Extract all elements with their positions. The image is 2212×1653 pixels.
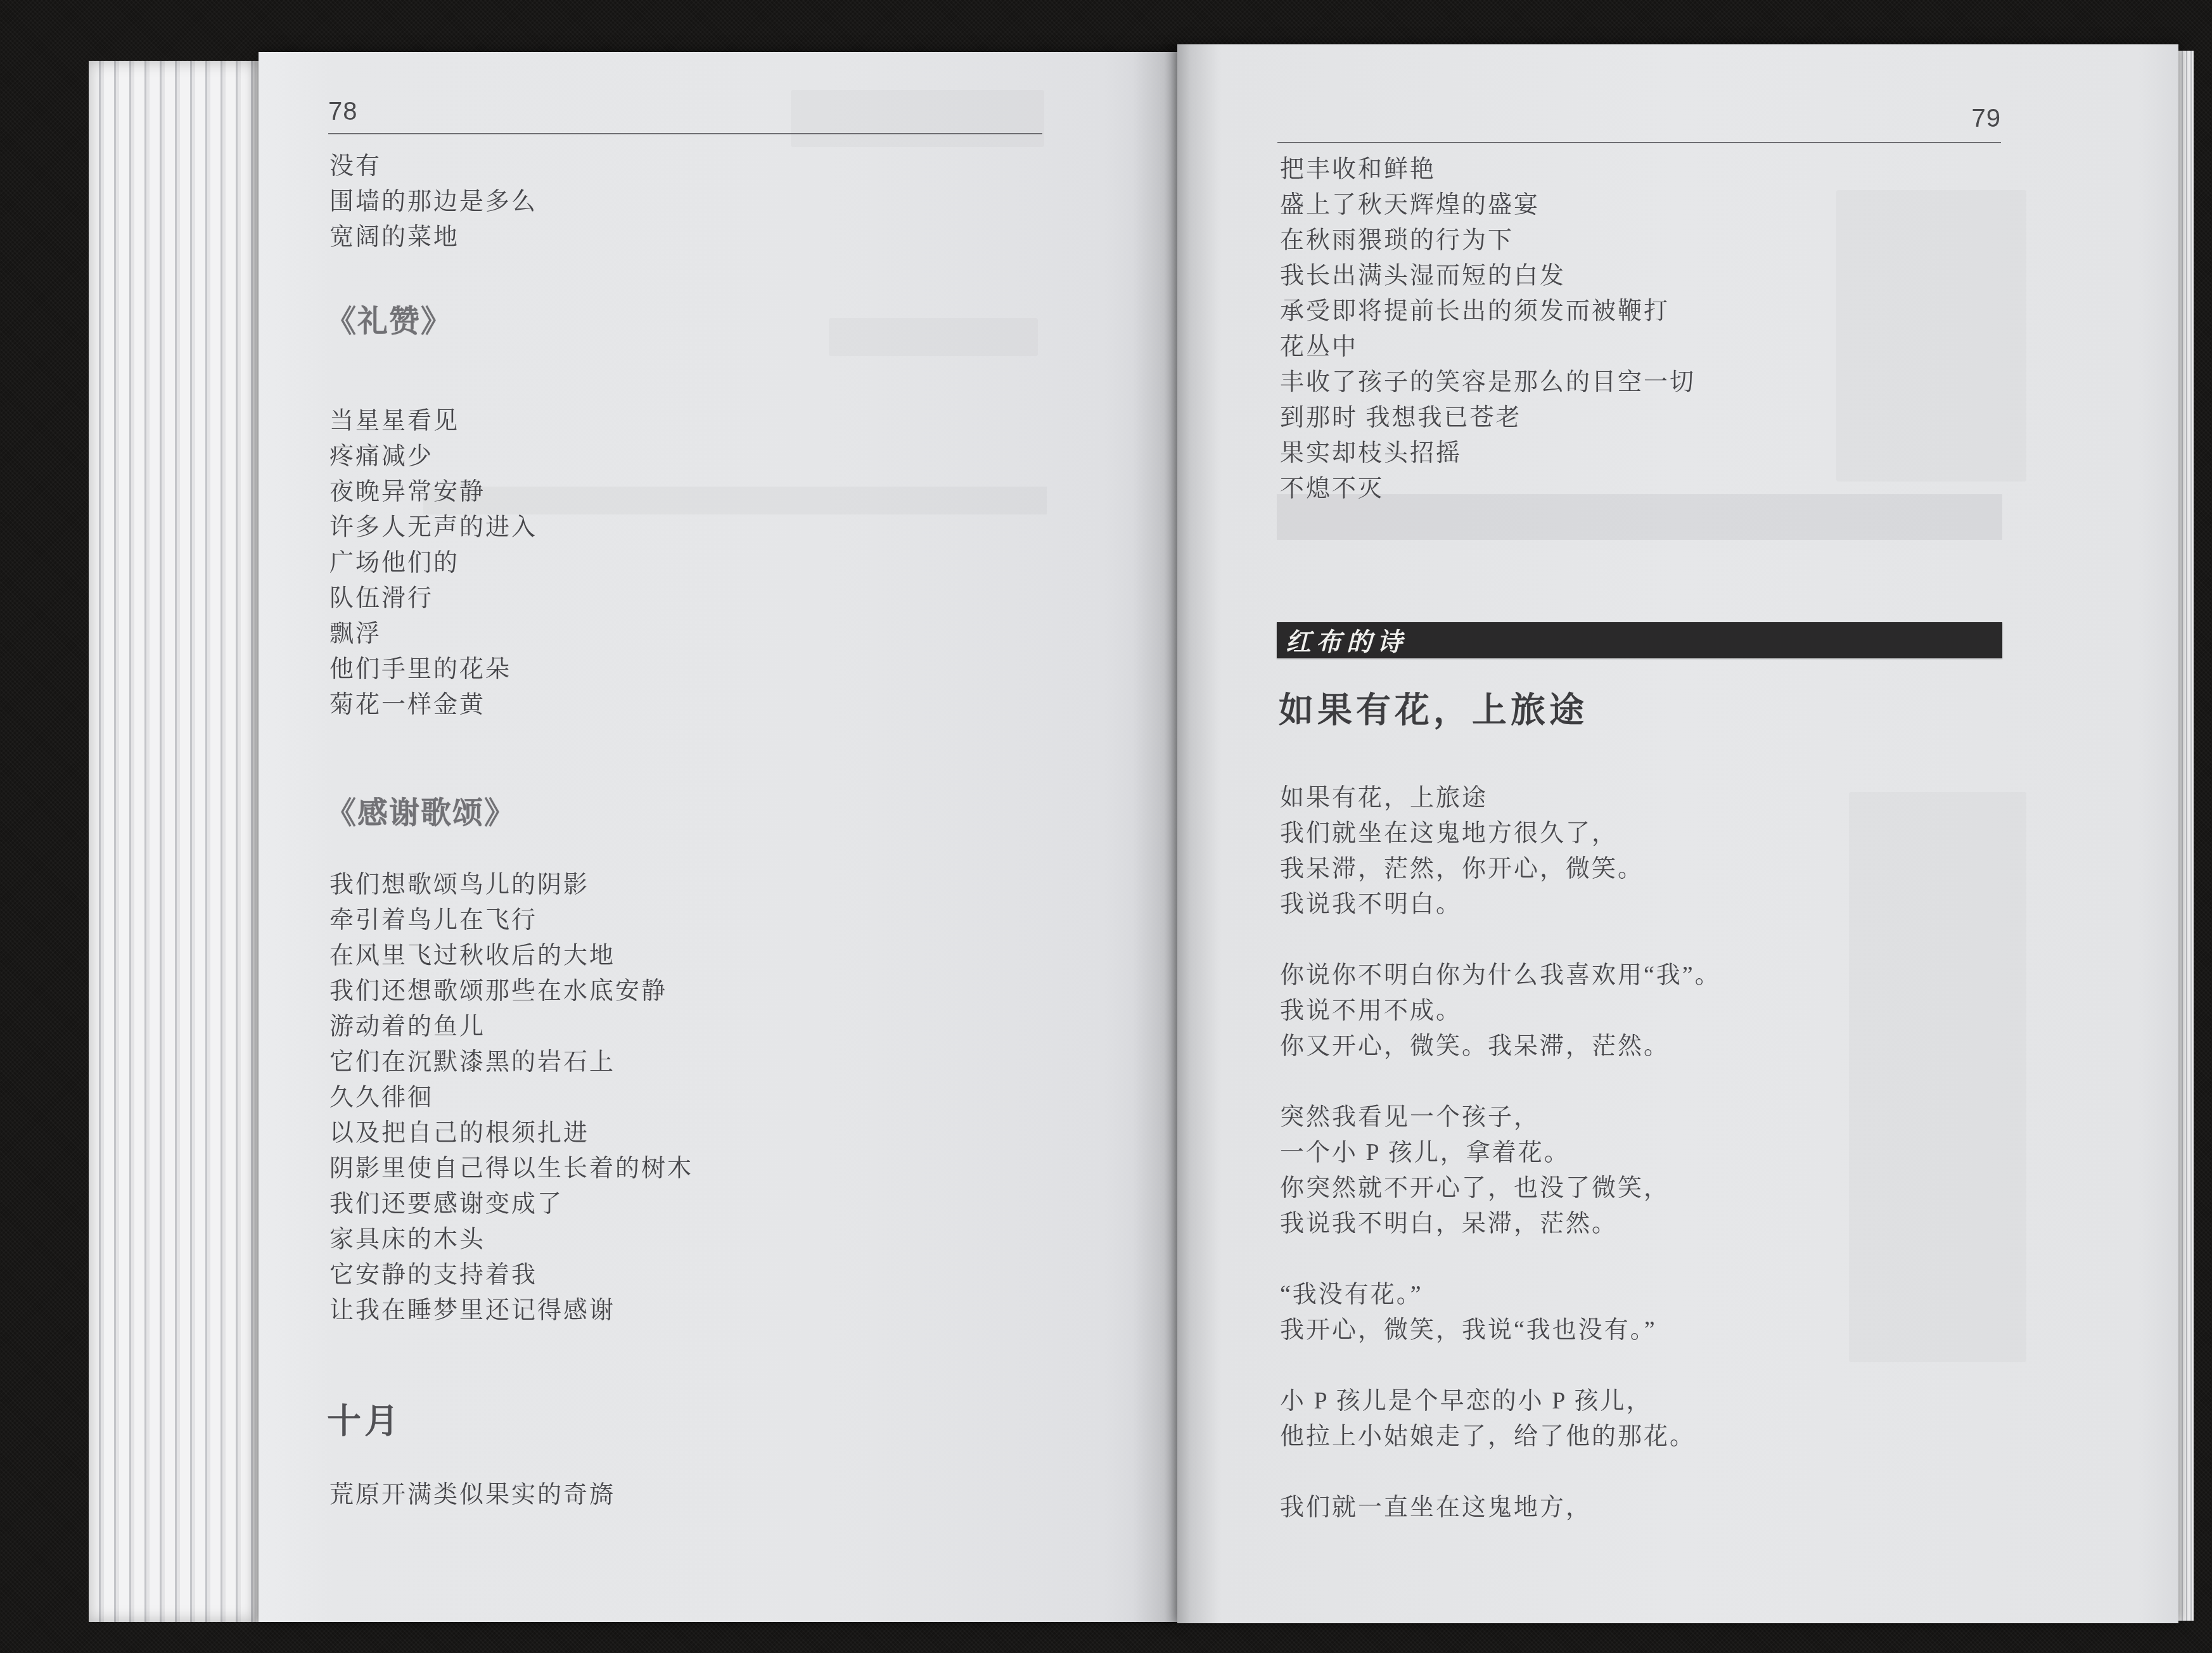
poem-line: 夜晚异常安静: [329, 474, 537, 509]
page-number-right: 79: [1906, 105, 2001, 133]
poem-line: 荒原开满类似果实的奇旖: [329, 1477, 615, 1512]
poem-line: 你说你不明白你为什么我喜欢用“我”。: [1280, 957, 1721, 993]
section-banner-label: 红布的诗: [1277, 622, 1407, 658]
poem-top-right-page: 把丰收和鲜艳盛上了秋天辉煌的盛宴在秋雨猥琐的行为下我长出满头湿而短的白发承受即将…: [1280, 151, 1696, 506]
poem-line: 突然我看见一个孩子，: [1280, 1099, 1721, 1135]
poem-untitled-continuation: 没有围墙的那边是多么宽阔的菜地: [329, 148, 537, 255]
poem-line: 我们还要感谢变成了: [329, 1186, 693, 1222]
poem-line: 游动着的鱼儿: [329, 1009, 693, 1044]
poem-line: 当星星看见: [329, 403, 537, 438]
poem-shiyue: 荒原开满类似果实的奇旖: [329, 1477, 615, 1512]
poem-line: 我们就坐在这鬼地方很久了，: [1280, 815, 1721, 851]
poem-line: 许多人无声的进入: [329, 509, 537, 545]
header-rule-left: [328, 133, 1042, 134]
poem-line: 队伍滑行: [329, 580, 537, 616]
poem-line: 你突然就不开心了，也没了微笑，: [1280, 1170, 1721, 1206]
poem-line: 承受即将提前长出的须发而被鞭打: [1280, 293, 1696, 329]
bleedthrough-smudge: [791, 90, 1044, 147]
poem-line: 他拉上小姑娘走了，给了他的那花。: [1280, 1419, 1721, 1454]
page-stack-edges-left: [89, 61, 259, 1622]
poem-title-ganxiegesong: 《感谢歌颂》: [326, 794, 516, 833]
poem-line: 我说我不明白。: [1280, 886, 1721, 922]
poem-stanza: “我没有花。”我开心，微笑，我说“我也没有。”: [1280, 1277, 1721, 1348]
page-stack-edges-right: [2178, 51, 2194, 1621]
poem-line: 果实却枝头招摇: [1280, 435, 1696, 471]
bleedthrough-smudge: [1836, 190, 2026, 482]
poem-line: 不熄不灭: [1280, 471, 1696, 506]
poem-line: 在风里飞过秋收后的大地: [329, 938, 693, 973]
poem-line: 宽阔的菜地: [329, 219, 537, 255]
poem-line: 让我在睡梦里还记得感谢: [329, 1292, 693, 1328]
poem-stanza: 突然我看见一个孩子，一个小 P 孩儿，拿着花。你突然就不开心了，也没了微笑，我说…: [1280, 1099, 1721, 1241]
poem-stanza: 小 P 孩儿是个早恋的小 P 孩儿，他拉上小姑娘走了，给了他的那花。: [1280, 1383, 1721, 1454]
poem-line: 花丛中: [1280, 329, 1696, 364]
poem-line: 我长出满头湿而短的白发: [1280, 258, 1696, 293]
poem-line: “我没有花。”: [1280, 1277, 1721, 1312]
poem-line: 没有: [329, 148, 537, 184]
poem-line: 我开心，微笑，我说“我也没有。”: [1280, 1312, 1721, 1348]
poem-line: 飘浮: [329, 616, 537, 651]
poem-line: 它们在沉默漆黑的岩石上: [329, 1044, 693, 1080]
poem-line: 你又开心，微笑。我呆滞，茫然。: [1280, 1028, 1721, 1064]
header-rule-right: [1277, 142, 2001, 143]
section-banner: 红布的诗: [1277, 622, 2002, 658]
poem-stanza: 如果有花，上旅途我们就坐在这鬼地方很久了，我呆滞，茫然，你开心，微笑。我说我不明…: [1280, 780, 1721, 922]
poem-stanza: 你说你不明白你为什么我喜欢用“我”。我说不用不成。你又开心，微笑。我呆滞，茫然。: [1280, 957, 1721, 1064]
poem-line: 牵引着鸟儿在飞行: [329, 902, 693, 938]
poem-line: 我说不用不成。: [1280, 993, 1721, 1028]
poem-title-lizan: 《礼赞》: [326, 302, 452, 341]
poem-line: 以及把自己的根须扎进: [329, 1115, 693, 1151]
poem-ganxiegesong: 我们想歌颂鸟儿的阴影牵引着鸟儿在飞行在风里飞过秋收后的大地我们还想歌颂那些在水底…: [329, 867, 693, 1328]
poem-line: 把丰收和鲜艳: [1280, 151, 1696, 187]
bleedthrough-smudge: [829, 318, 1038, 356]
scanned-book-photo: { "book": { "left_page": { "page_number"…: [0, 0, 2212, 1653]
poem-line: 围墙的那边是多么: [329, 184, 537, 219]
poem-line: 阴影里使自己得以生长着的树木: [329, 1151, 693, 1186]
poem-title-ruguoyouhua: 如果有花，上旅途: [1279, 687, 1588, 732]
poem-stanza: 我们就一直坐在这鬼地方，: [1280, 1490, 1721, 1525]
poem-line: 家具床的木头: [329, 1222, 693, 1257]
poem-title-shiyue: 十月: [327, 1400, 402, 1444]
bleedthrough-smudge: [1849, 792, 2026, 1362]
poem-line: 疼痛减少: [329, 438, 537, 474]
poem-line: 菊花一样金黄: [329, 687, 537, 722]
poem-line: 久久徘徊: [329, 1080, 693, 1115]
poem-line: 我说我不明白，呆滞，茫然。: [1280, 1206, 1721, 1241]
poem-line: 小 P 孩儿是个早恋的小 P 孩儿，: [1280, 1383, 1721, 1419]
poem-line: 到那时 我想我已苍老: [1280, 400, 1696, 435]
poem-line: 我呆滞，茫然，你开心，微笑。: [1280, 851, 1721, 886]
poem-line: 一个小 P 孩儿，拿着花。: [1280, 1135, 1721, 1170]
page-number-left: 78: [328, 98, 358, 126]
poem-line: 他们手里的花朵: [329, 651, 537, 687]
poem-lizan: 当星星看见疼痛减少夜晚异常安静许多人无声的进入广场他们的队伍滑行飘浮他们手里的花…: [329, 403, 537, 722]
page-right: 79 把丰收和鲜艳盛上了秋天辉煌的盛宴在秋雨猥琐的行为下我长出满头湿而短的白发承…: [1177, 44, 2178, 1623]
poem-ruguoyouhua: 如果有花，上旅途我们就坐在这鬼地方很久了，我呆滞，茫然，你开心，微笑。我说我不明…: [1280, 780, 1721, 1525]
poem-line: 在秋雨猥琐的行为下: [1280, 222, 1696, 258]
poem-line: 我们还想歌颂那些在水底安静: [329, 973, 693, 1009]
page-left: 78 没有围墙的那边是多么宽阔的菜地 《礼赞》 当星星看见疼痛减少夜晚异常安静许…: [259, 52, 1177, 1622]
poem-line: 我们想歌颂鸟儿的阴影: [329, 867, 693, 902]
poem-line: 如果有花，上旅途: [1280, 780, 1721, 815]
poem-line: 盛上了秋天辉煌的盛宴: [1280, 187, 1696, 222]
poem-line: 我们就一直坐在这鬼地方，: [1280, 1490, 1721, 1525]
poem-line: 丰收了孩子的笑容是那么的目空一切: [1280, 364, 1696, 400]
poem-line: 它安静的支持着我: [329, 1257, 693, 1292]
poem-line: 广场他们的: [329, 545, 537, 580]
